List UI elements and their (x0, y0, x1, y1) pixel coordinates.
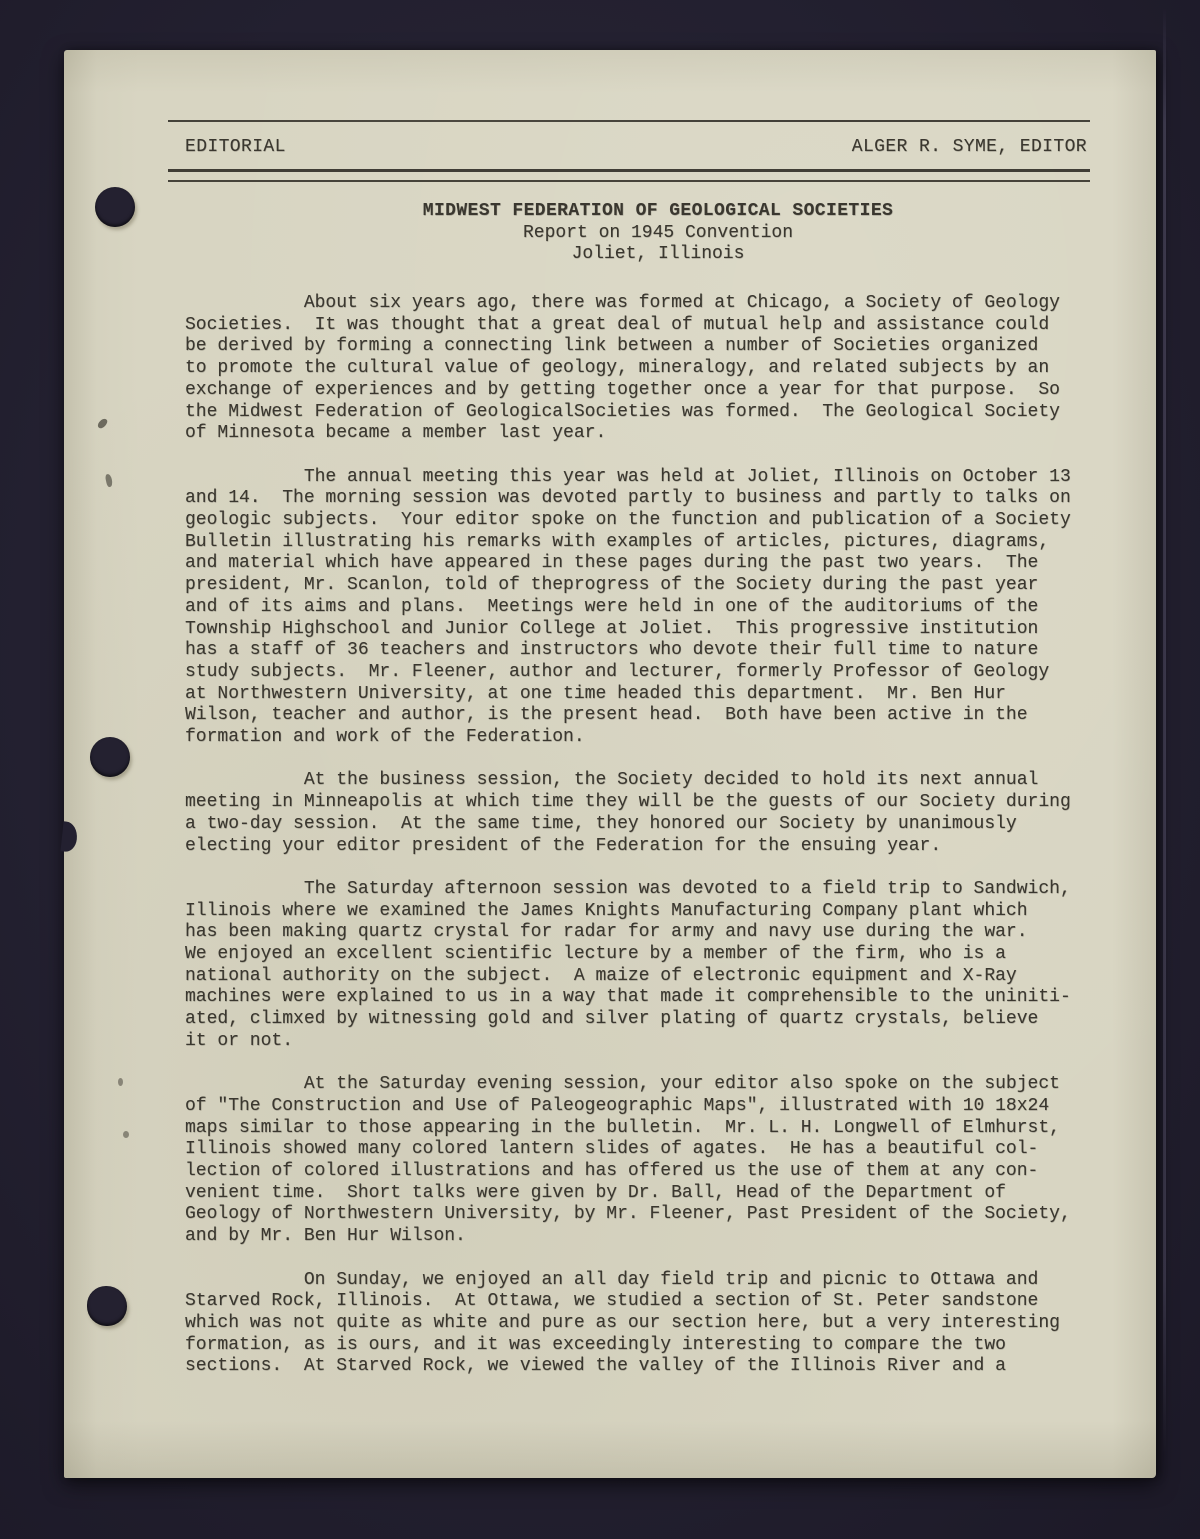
document-title-block: MIDWEST FEDERATION OF GEOLOGICAL SOCIETI… (206, 201, 1110, 266)
paragraph-4: The Saturday afternoon session was devot… (185, 879, 1130, 1053)
punch-hole-bottom (87, 1286, 127, 1326)
paragraph-6: On Sunday, we enjoyed an all day field t… (185, 1270, 1130, 1379)
editor-name-label: ALGER R. SYME, EDITOR (852, 137, 1087, 157)
binder-edge-highlight (1163, 8, 1166, 1453)
paper-speck (123, 1131, 129, 1138)
paper-speck (96, 417, 108, 430)
paragraph-1: About six years ago, there was formed at… (185, 293, 1130, 445)
header-rule-double (168, 169, 1090, 182)
scan-background: EDITORIAL ALGER R. SYME, EDITOR MIDWEST … (0, 0, 1200, 1539)
paper-speck (118, 1078, 123, 1086)
editorial-label: EDITORIAL (185, 137, 286, 157)
document-body: About six years ago, there was formed at… (185, 293, 1130, 1400)
paragraph-5: At the Saturday evening session, your ed… (185, 1074, 1130, 1248)
document-subtitle-report: Report on 1945 Convention (206, 223, 1110, 245)
paper-tear (60, 821, 78, 852)
document-page: EDITORIAL ALGER R. SYME, EDITOR MIDWEST … (64, 50, 1156, 1478)
punch-hole-top (95, 187, 135, 227)
page-header: EDITORIAL ALGER R. SYME, EDITOR (185, 137, 1087, 157)
document-title: MIDWEST FEDERATION OF GEOLOGICAL SOCIETI… (206, 201, 1110, 223)
paper-speck (105, 474, 114, 488)
paragraph-3: At the business session, the Society dec… (185, 770, 1130, 857)
punch-hole-middle (90, 737, 130, 777)
paragraph-2: The annual meeting this year was held at… (185, 467, 1130, 749)
header-rule-top (168, 120, 1090, 122)
document-subtitle-location: Joliet, Illinois (206, 244, 1110, 266)
